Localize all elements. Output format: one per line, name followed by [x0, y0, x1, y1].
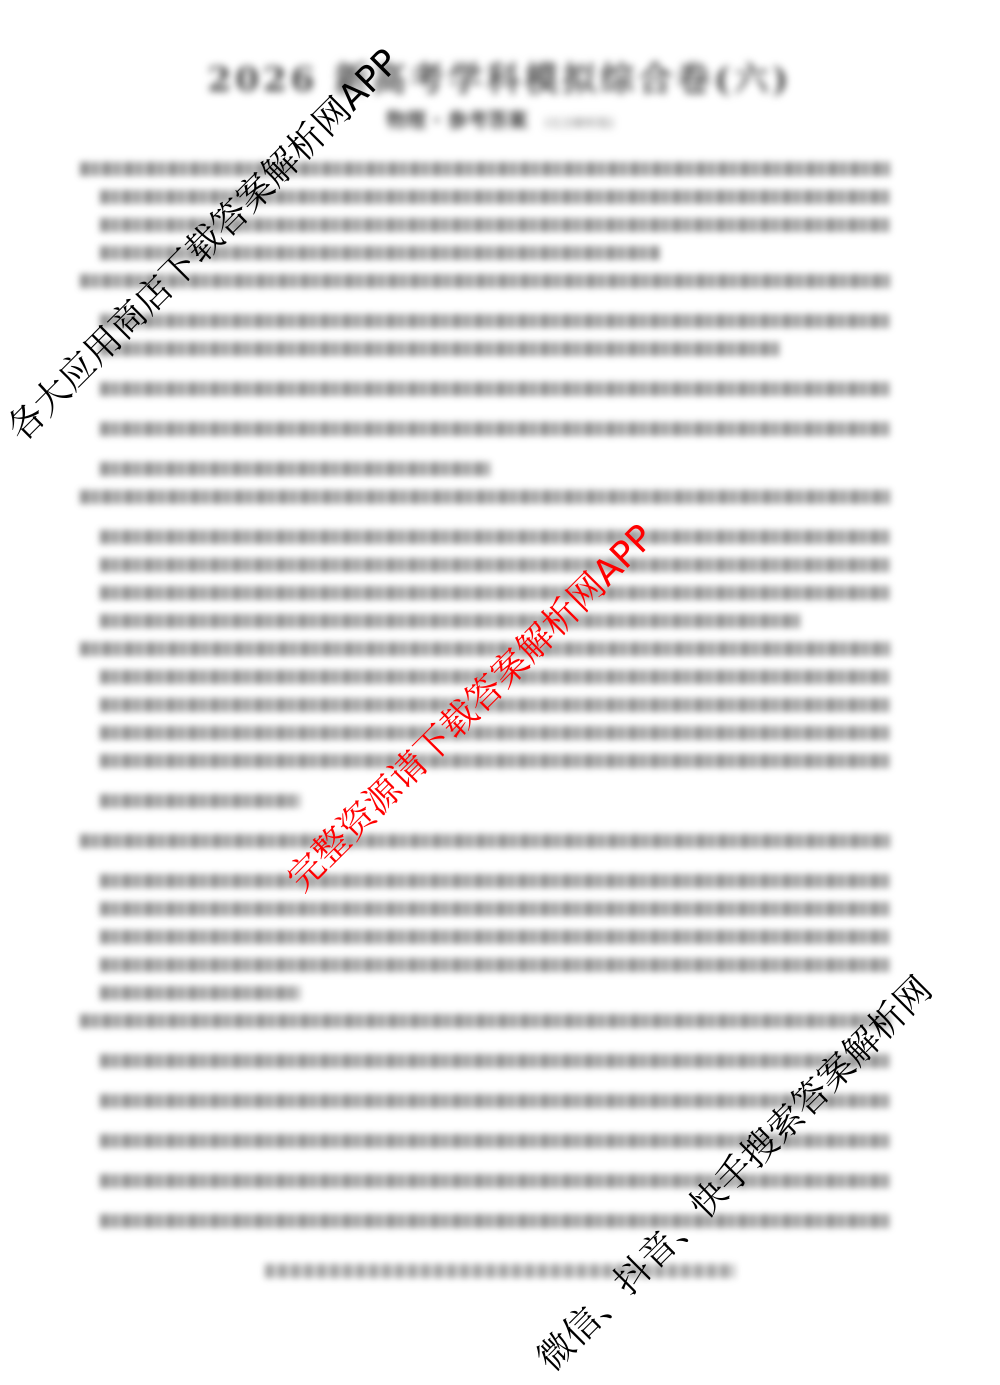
document-title: 2026 新高考学科模拟综合卷(六) [0, 52, 1000, 101]
subtitle-text: 物理 · 参考答案 [386, 108, 528, 132]
answer-paragraph-5 [80, 834, 890, 1000]
document-subtitle: 物理 · 参考答案 (完全解析版) [0, 104, 1000, 133]
subtitle-note: (完全解析版) [545, 116, 614, 130]
answer-paragraph-2 [80, 274, 890, 356]
answer-paragraph-3 [80, 490, 890, 628]
answer-paragraph-2b [80, 382, 890, 476]
